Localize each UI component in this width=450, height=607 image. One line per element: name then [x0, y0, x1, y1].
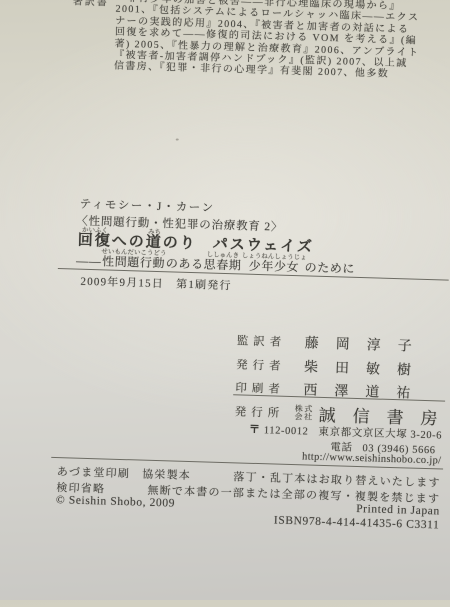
- person-name: 柴田敏樹: [304, 360, 428, 379]
- subtitle-word: 思春期: [203, 257, 241, 272]
- subtitle-ruby-3: 少年少女しょうねんしょうじょ: [241, 258, 305, 274]
- bibliography-block: 著訳書 『非行少年の加害と被害――非行心理臨床の現場から』 2001、『包括シス…: [71, 0, 421, 81]
- role-label: 発行者: [236, 356, 296, 374]
- bibliography-lines: 『非行少年の加害と被害――非行心理臨床の現場から』 2001、『包括システムによ…: [114, 0, 421, 81]
- title-word: 道: [145, 235, 162, 251]
- edition-date: 2009年9月15日 第1刷発行: [80, 273, 232, 293]
- row-supervising-translator: 監訳者 藤岡淳子: [237, 330, 430, 356]
- furigana: みち: [146, 229, 163, 237]
- title-ruby-michi: 道みち: [145, 235, 162, 251]
- postal-mark-icon: 〒: [249, 424, 261, 436]
- printed-in-japan: Printed in Japan: [356, 503, 440, 517]
- bibliography-label: 著訳書: [71, 0, 109, 72]
- role-label: 発行所: [234, 403, 294, 421]
- person-name: 藤岡淳子: [305, 336, 429, 355]
- company-type-bottom: 会社: [294, 413, 313, 422]
- subtitle-dash: ――: [76, 254, 102, 269]
- row-publisher-person: 発行者 柴田敏樹: [236, 354, 429, 380]
- book-colophon-page: 著訳書 『非行少年の加害と被害――非行心理臨床の現場から』 2001、『包括シス…: [0, 0, 450, 600]
- subtitle-ruby-1: 性問題行動せいもんだいこうどう: [101, 254, 166, 270]
- paper-dust-speck: [176, 138, 179, 140]
- isbn-number: ISBN978-4-414-41435-6 C3311: [274, 515, 440, 532]
- subtitle-word: のために: [304, 260, 355, 275]
- furigana: かいふく: [78, 227, 112, 235]
- subtitle-ruby-2: 思春期ししゅんき: [203, 257, 241, 272]
- role-label: 監訳者: [237, 332, 297, 350]
- subtitle-word: のある: [166, 256, 204, 271]
- company-type-stacked: 株式会社: [294, 405, 313, 422]
- furigana: ししゅんき: [204, 251, 242, 259]
- postal-code: 112-0012: [264, 425, 309, 437]
